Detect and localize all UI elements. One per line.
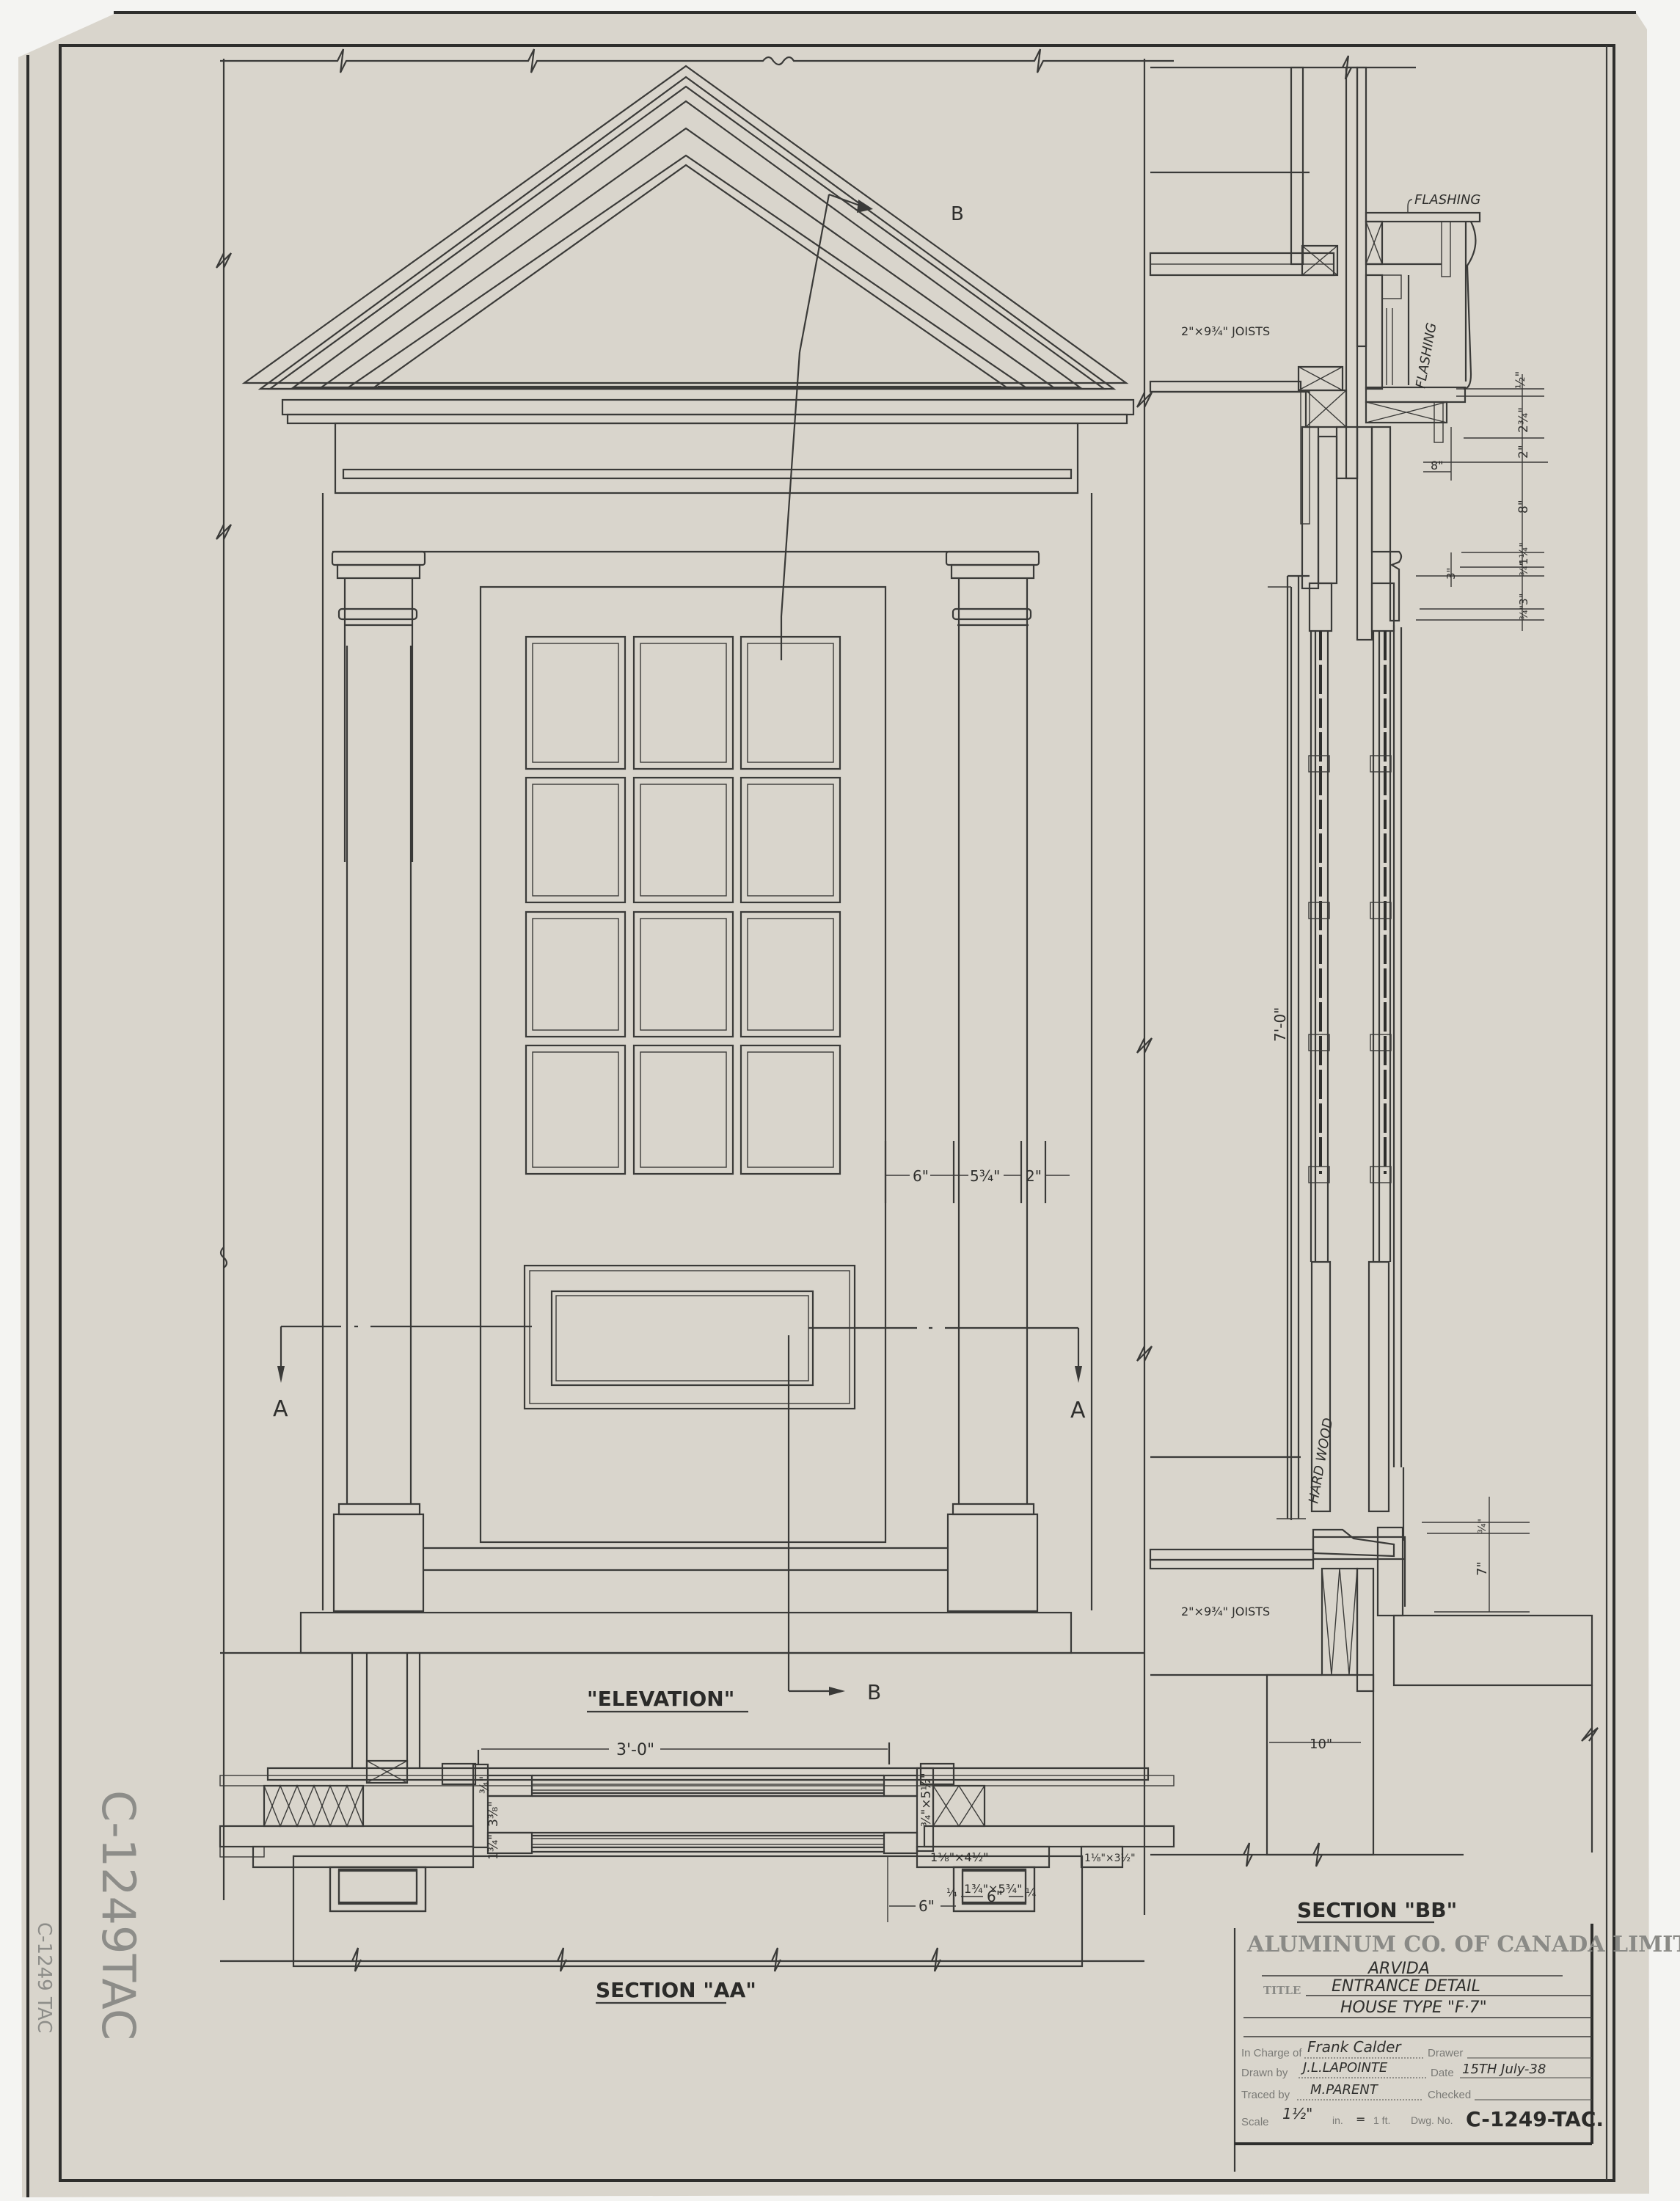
drawer-label: Drawer (1428, 2047, 1463, 2059)
section-bb-title: SECTION "BB" (1297, 1898, 1457, 1922)
section-marker-b-bottom: B (867, 1680, 881, 1704)
dim-jamb-top: ¾" (478, 1776, 492, 1794)
scale-equals: = (1356, 2112, 1365, 2126)
dim-8: 8" (1516, 500, 1531, 514)
date-value: 15TH July-38 (1462, 2062, 1546, 2077)
dim-3-4-b: ¾" (1519, 605, 1530, 620)
drawn-by-label: Drawn by (1241, 2067, 1288, 2079)
date-label: Date (1431, 2067, 1454, 2079)
section-marker-b-top: B (951, 203, 964, 225)
dim-6-a: 6" (918, 1897, 935, 1915)
traced-by-label: Traced by (1241, 2089, 1290, 2101)
section-aa-title: SECTION "AA" (596, 1978, 756, 2002)
dim-half: ½" (1513, 371, 1528, 389)
section-marker-a-right: A (1070, 1398, 1086, 1423)
dim-casing-right: ¾"×5½" (919, 1773, 934, 1827)
dim-trim-b: 1⅛"×3½" (1084, 1853, 1136, 1864)
label-joists-lower: 2"×9¾" JOISTS (1181, 1605, 1270, 1618)
scale-value: 1½" (1282, 2105, 1312, 2122)
traced-by-value: M.PARENT (1310, 2082, 1379, 2098)
elevation-title: "ELEVATION" (587, 1687, 734, 1711)
title-label: TITLE (1263, 1984, 1301, 1997)
dim-8-side: 8" (1431, 459, 1444, 472)
margin-note-large: C-1249TAC (92, 1790, 145, 2040)
dim-jamb-bottom: 1¾" (486, 1834, 501, 1860)
dim-pilaster-width: 5¾" (970, 1167, 1000, 1185)
dim-door-height: 7'-0" (1271, 1007, 1289, 1042)
scale-unit-ft: 1 ft. (1373, 2114, 1390, 2126)
dim-7: 7" (1475, 1561, 1490, 1576)
drawing-sheet: A A B B 6" 5¾" 2" "ELEVATION" (0, 0, 1680, 2201)
dim-pilaster-gap: 6" (913, 1167, 929, 1185)
scale-label: Scale (1241, 2116, 1269, 2128)
drawn-by-value: J.L.LAPOINTE (1301, 2060, 1388, 2076)
dim-2-3-4: 2¾" (1516, 407, 1531, 433)
title-line-2: HOUSE TYPE "F·7" (1340, 1999, 1487, 2017)
dwg-no-label: Dwg. No. (1411, 2114, 1453, 2126)
label-joists-upper: 2"×9¾" JOISTS (1181, 324, 1270, 338)
dim-2: 2" (1516, 445, 1531, 459)
dim-sill-3-4: ¾" (1477, 1519, 1489, 1533)
company-name: ALUMINUM CO. OF CANADA LIMITED. (1246, 1932, 1680, 1957)
dim-3-side: 3" (1445, 568, 1458, 580)
dim-quarter-b: ¼ (1026, 1886, 1037, 1899)
margin-note-small: C-1249 TAC (33, 1922, 55, 2033)
dim-3: 3" (1517, 594, 1530, 605)
dim-trim-a: 1⅛"×4½" (930, 1850, 989, 1864)
checked-label: Checked (1428, 2089, 1471, 2101)
scale-unit-in: in. (1332, 2114, 1343, 2126)
dim-3-4-a: ¾" (1519, 561, 1530, 576)
dwg-no-value: C-1249-TAC. (1466, 2107, 1604, 2131)
dim-6-b: 6" (987, 1888, 1003, 1905)
section-marker-a-left: A (273, 1396, 288, 1422)
dim-jamb-depth: 3⅜" (486, 1801, 501, 1827)
dim-10: 10" (1310, 1737, 1332, 1752)
town-name: ARVIDA (1367, 1960, 1430, 1978)
dim-door-width: 3'-0" (616, 1741, 654, 1759)
dim-quarter-a: ¼ (946, 1886, 957, 1899)
in-charge-value: Frank Calder (1307, 2038, 1402, 2056)
title-line-1: ENTRANCE DETAIL (1332, 1977, 1480, 1996)
in-charge-label: In Charge of (1241, 2047, 1302, 2059)
label-flashing-top: FLASHING (1414, 192, 1480, 208)
dim-pilaster-edge: 2" (1026, 1167, 1042, 1185)
